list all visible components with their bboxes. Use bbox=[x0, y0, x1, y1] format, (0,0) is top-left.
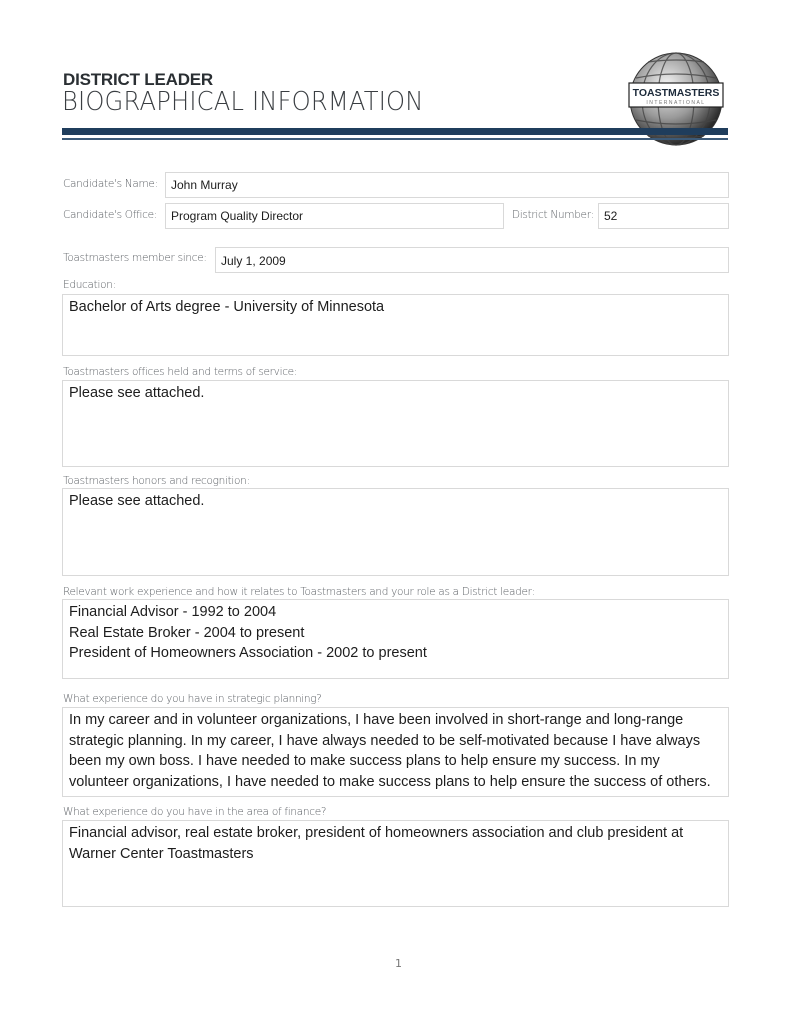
education-label: Education: bbox=[63, 279, 116, 291]
offices-held-label: Toastmasters offices held and terms of s… bbox=[63, 366, 297, 378]
candidate-office-field[interactable]: Program Quality Director bbox=[165, 203, 504, 229]
education-field[interactable]: Bachelor of Arts degree - University of … bbox=[62, 294, 729, 356]
candidate-name-label: Candidate's Name: bbox=[63, 178, 158, 190]
page-number: 1 bbox=[395, 957, 402, 970]
svg-text:INTERNATIONAL: INTERNATIONAL bbox=[646, 100, 705, 106]
header-rule-thick bbox=[62, 128, 728, 135]
candidate-name-field[interactable]: John Murray bbox=[165, 172, 729, 198]
member-since-label: Toastmasters member since: bbox=[63, 252, 207, 264]
finance-field[interactable]: Financial advisor, real estate broker, p… bbox=[62, 820, 729, 907]
member-since-field[interactable]: July 1, 2009 bbox=[215, 247, 729, 273]
honors-label: Toastmasters honors and recognition: bbox=[63, 475, 250, 487]
district-number-label: District Number: bbox=[512, 209, 594, 221]
finance-label: What experience do you have in the area … bbox=[63, 806, 326, 818]
header-rule-thin bbox=[62, 138, 728, 140]
district-number-field[interactable]: 52 bbox=[598, 203, 729, 229]
work-experience-label: Relevant work experience and how it rela… bbox=[63, 586, 535, 598]
candidate-office-label: Candidate's Office: bbox=[63, 209, 157, 221]
strategic-planning-field[interactable]: In my career and in volunteer organizati… bbox=[62, 707, 729, 797]
offices-held-field[interactable]: Please see attached. bbox=[62, 380, 729, 467]
form-title-line2: BIOGRAPHICAL INFORMATION bbox=[62, 87, 424, 117]
honors-field[interactable]: Please see attached. bbox=[62, 488, 729, 576]
strategic-planning-label: What experience do you have in strategic… bbox=[63, 693, 322, 705]
svg-text:TOASTMASTERS: TOASTMASTERS bbox=[633, 87, 720, 99]
work-experience-field[interactable]: Financial Advisor - 1992 to 2004 Real Es… bbox=[62, 599, 729, 679]
